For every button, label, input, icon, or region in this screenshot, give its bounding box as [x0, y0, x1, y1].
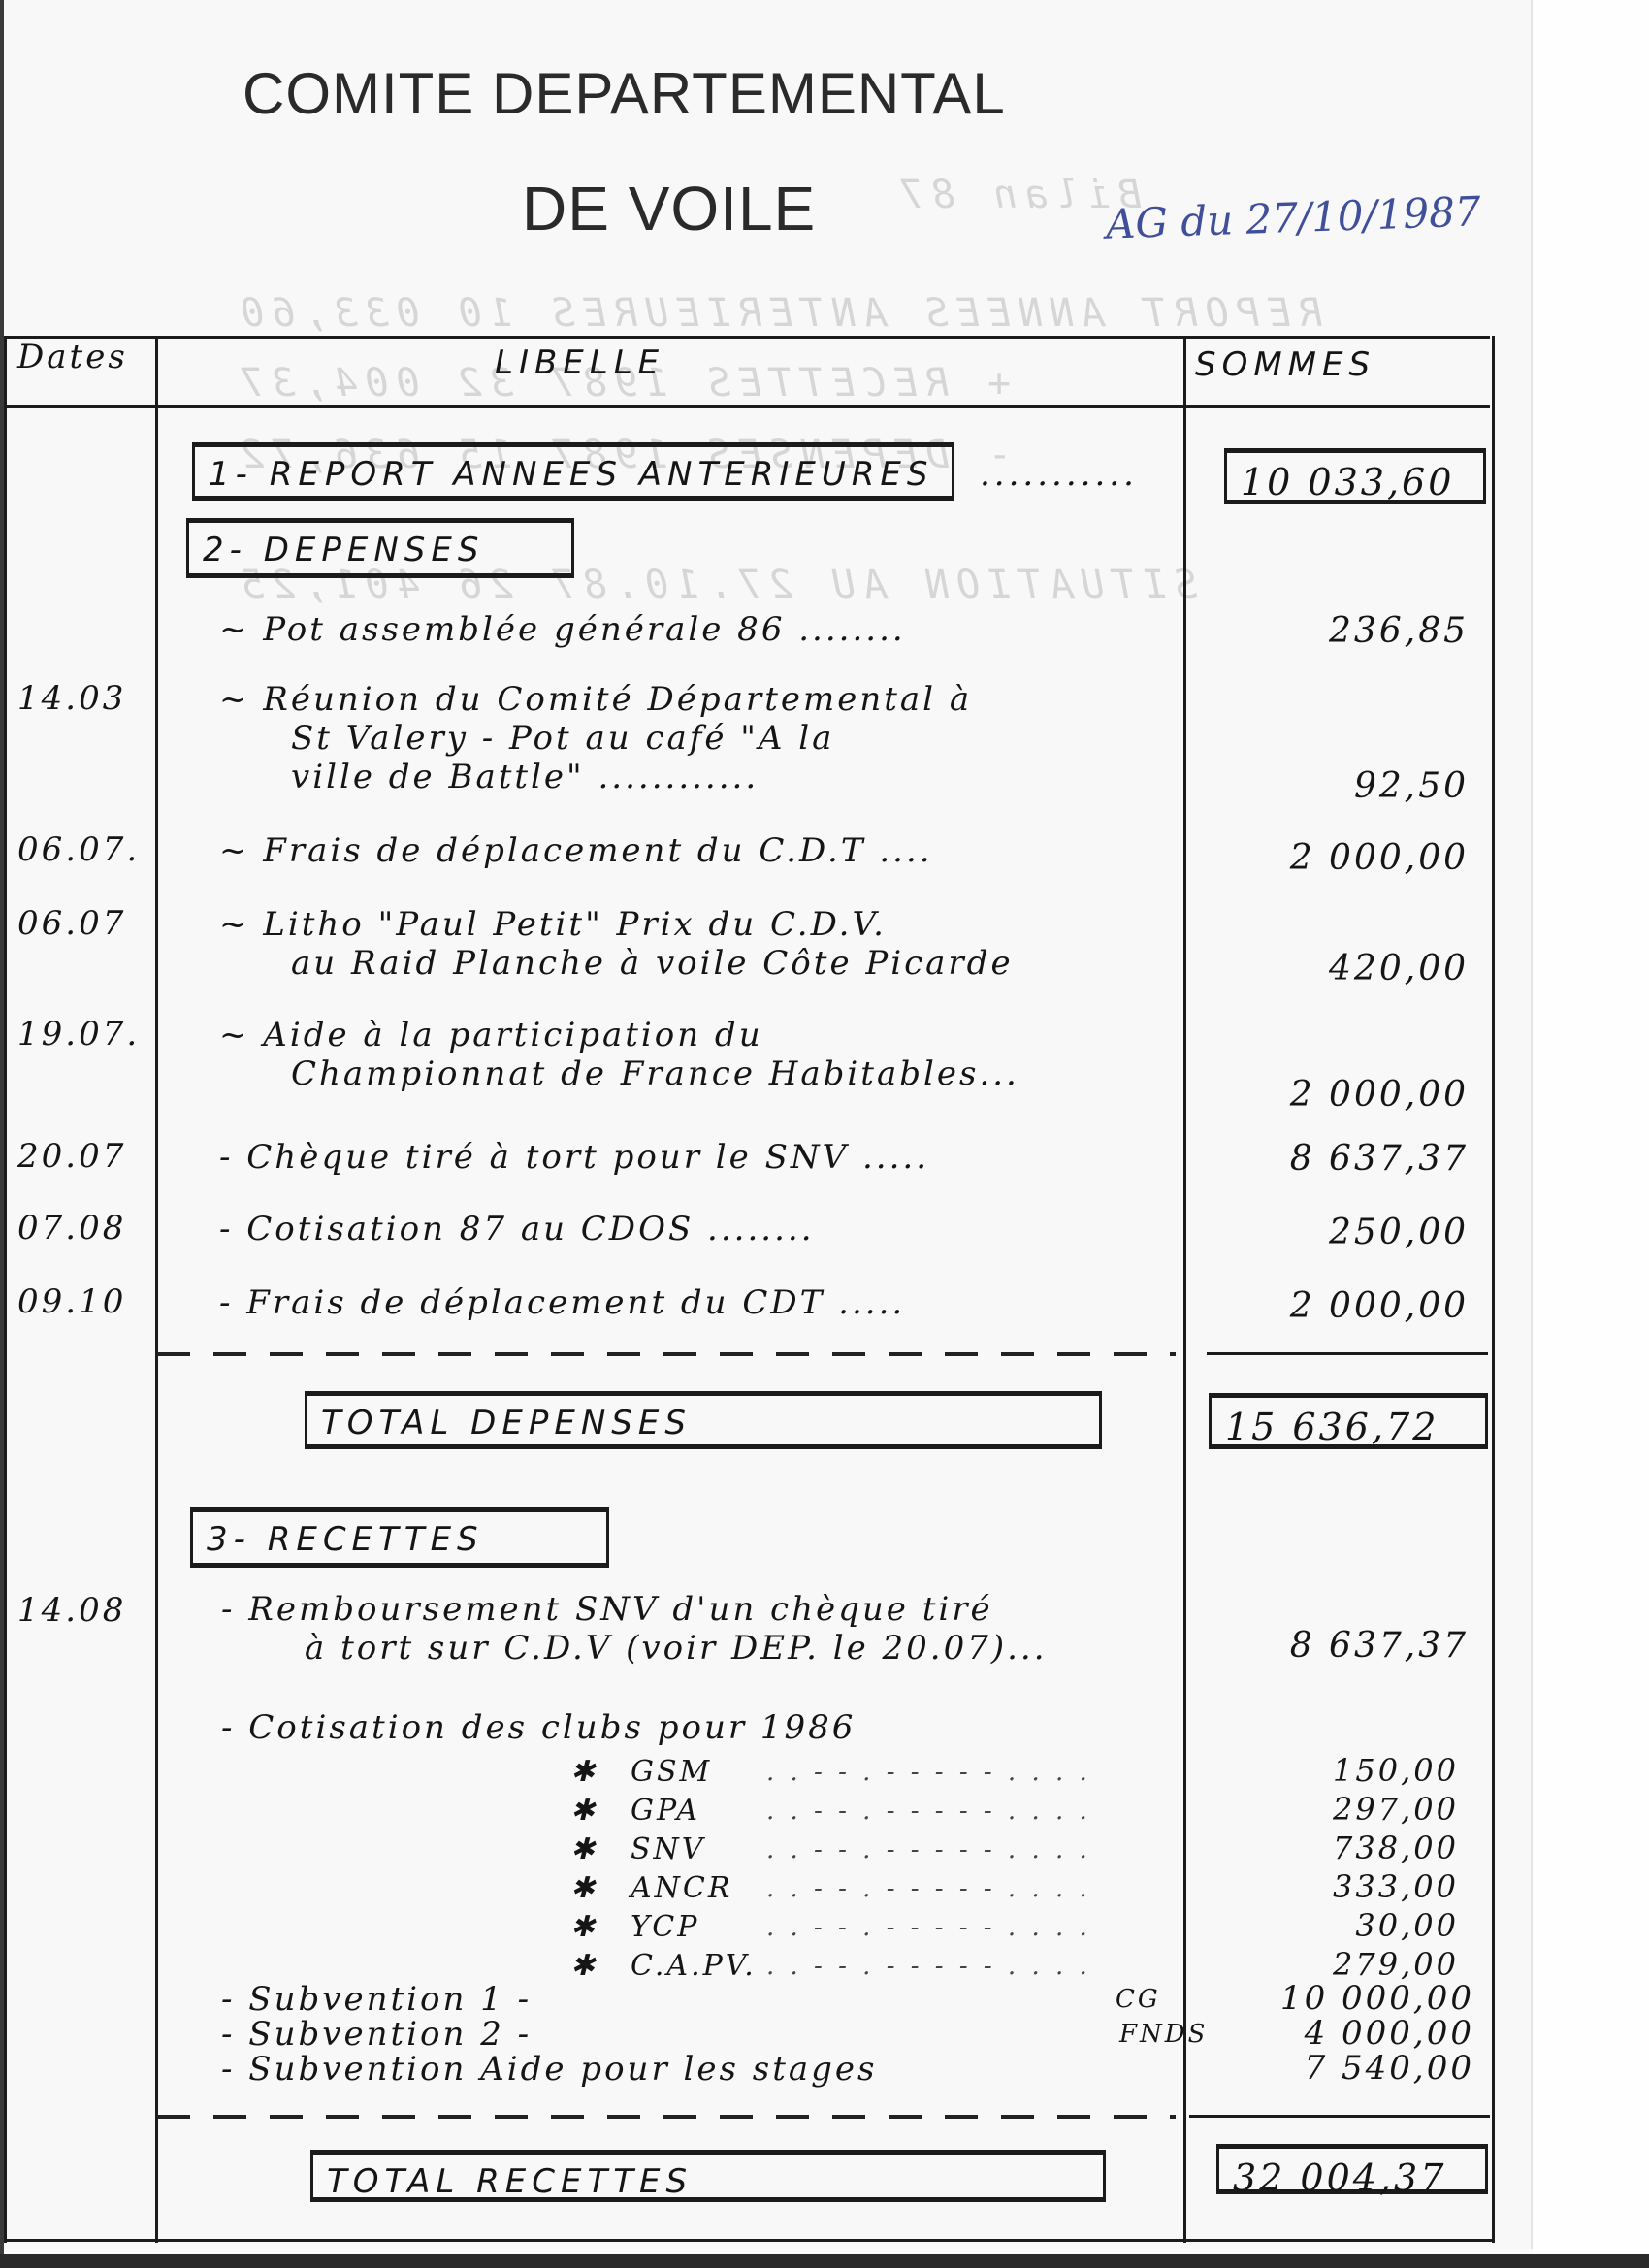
row-label: ville de Battle" ............ [291, 757, 759, 797]
club-name: GSM [630, 1752, 712, 1793]
page-title: COMITE DEPARTEMENTAL [242, 60, 1115, 127]
bullet-icon: ✱ [570, 1830, 598, 1870]
bullet-icon: ✱ [570, 1946, 598, 1987]
row-label: ~ Pot assemblée générale 86 ........ [219, 609, 906, 650]
row-label: ~ Aide à la participation du [219, 1015, 763, 1055]
bleed-through-line: REPORT ANNEES ANTERIEURES 10 033,60 [233, 291, 1322, 336]
separator [157, 2115, 1176, 2119]
column-header-libelle: LIBELLE [495, 343, 664, 382]
column-header-dates: Dates [17, 338, 128, 376]
scan-margin [1533, 0, 1649, 2268]
row-label: - Chèque tiré à tort pour le SNV ..... [219, 1137, 929, 1178]
row-label: ~ Réunion du Comité Départemental à [219, 679, 972, 720]
club-name: C.A.PV. [630, 1946, 757, 1987]
subvention-source: FNDS [1119, 2014, 1208, 2055]
club-amount: 738,00 [1333, 1830, 1459, 1866]
row-label: au Raid Planche à voile Côte Picarde [291, 943, 1014, 984]
row-date: 20.07 [17, 1137, 126, 1176]
section-report-amount: 10 033,60 [1224, 448, 1486, 504]
subvention-label: - Subvention Aide pour les stages [221, 2049, 877, 2090]
row-date: 06.07. [17, 830, 140, 869]
row-date: 09.10 [17, 1282, 126, 1321]
row-label: à tort sur C.D.V (voir DEP. le 20.07)... [305, 1628, 1048, 1669]
total-depenses-amount: 15 636,72 [1209, 1393, 1488, 1449]
leader-dots: . . - - . - - - - - . . . . [766, 1791, 1091, 1831]
section-report-label: 1- REPORT ANNEES ANTERIEURES [192, 442, 954, 501]
total-depenses-label: TOTAL DEPENSES [305, 1391, 1102, 1449]
leader-dots: . . - - . - - - - - . . . . [766, 1830, 1091, 1870]
row-amount: 420,00 [1329, 949, 1469, 988]
row-label: - Cotisation 87 au CDOS ........ [219, 1209, 815, 1249]
subvention-amount: 4 000,00 [1305, 2014, 1474, 2053]
row-label: ~ Litho "Paul Petit" Prix du C.D.V. [219, 904, 887, 945]
row-amount: 2 000,00 [1290, 1075, 1469, 1115]
row-date: 07.08 [17, 1209, 126, 1247]
leader-dots: . . - - . - - - - - . . . . [766, 1752, 1091, 1793]
bullet-icon: ✱ [570, 1907, 598, 1948]
club-amount: 333,00 [1333, 1868, 1459, 1905]
bullet-icon: ✱ [570, 1752, 598, 1793]
subvention-amount: 10 000,00 [1280, 1979, 1474, 2018]
scan-bottom-edge [0, 2254, 1649, 2268]
row-amount: 8 637,37 [1290, 1139, 1469, 1179]
club-name: GPA [630, 1791, 700, 1831]
leader-dots: . . - - . - - - - - . . . . [766, 1868, 1091, 1909]
club-amount: 279,00 [1333, 1946, 1459, 1983]
club-amount: 297,00 [1333, 1791, 1459, 1828]
total-recettes-amount: 32 004,37 [1216, 2144, 1488, 2194]
club-amount: 30,00 [1355, 1907, 1459, 1944]
bullet-icon: ✱ [570, 1791, 598, 1831]
row-label: Championnat de France Habitables... [291, 1053, 1019, 1094]
row-date: 14.03 [17, 679, 126, 718]
row-label: ~ Frais de déplacement du C.D.T .... [219, 830, 933, 871]
leader-dots: . . - - . - - - - - . . . . [766, 1946, 1091, 1987]
club-name: ANCR [630, 1868, 732, 1909]
row-label: - Remboursement SNV d'un chèque tiré [221, 1589, 993, 1630]
leader-dots: ........... [980, 454, 1138, 495]
section-depenses-label: 2- DEPENSES [186, 518, 574, 578]
separator [157, 1352, 1176, 1356]
row-amount: 2 000,00 [1290, 1286, 1469, 1326]
bullet-icon: ✱ [570, 1868, 598, 1909]
row-amount: 2 000,00 [1290, 838, 1469, 878]
section-recettes-label: 3- RECETTES [190, 1507, 609, 1568]
row-label: - Frais de déplacement du CDT ..... [219, 1282, 905, 1323]
total-recettes-label: TOTAL RECETTES [310, 2150, 1106, 2202]
club-name: YCP [630, 1907, 699, 1948]
club-name: SNV [630, 1830, 705, 1870]
club-amount: 150,00 [1333, 1752, 1459, 1789]
column-header-sommes: SOMMES [1195, 345, 1375, 384]
row-label: St Valery - Pot au café "A la [291, 718, 834, 759]
cotisation-title: - Cotisation des clubs pour 1986 [221, 1707, 856, 1748]
row-amount: 250,00 [1329, 1213, 1469, 1252]
row-date: 14.08 [17, 1591, 126, 1630]
leader-dots: . . - - . - - - - - . . . . [766, 1907, 1091, 1948]
row-amount: 236,85 [1329, 611, 1469, 651]
row-date: 06.07 [17, 904, 126, 943]
row-amount: 92,50 [1354, 766, 1469, 806]
subvention-amount: 7 540,00 [1305, 2049, 1474, 2088]
row-date: 19.07. [17, 1015, 140, 1053]
row-amount: 8 637,37 [1290, 1626, 1469, 1666]
